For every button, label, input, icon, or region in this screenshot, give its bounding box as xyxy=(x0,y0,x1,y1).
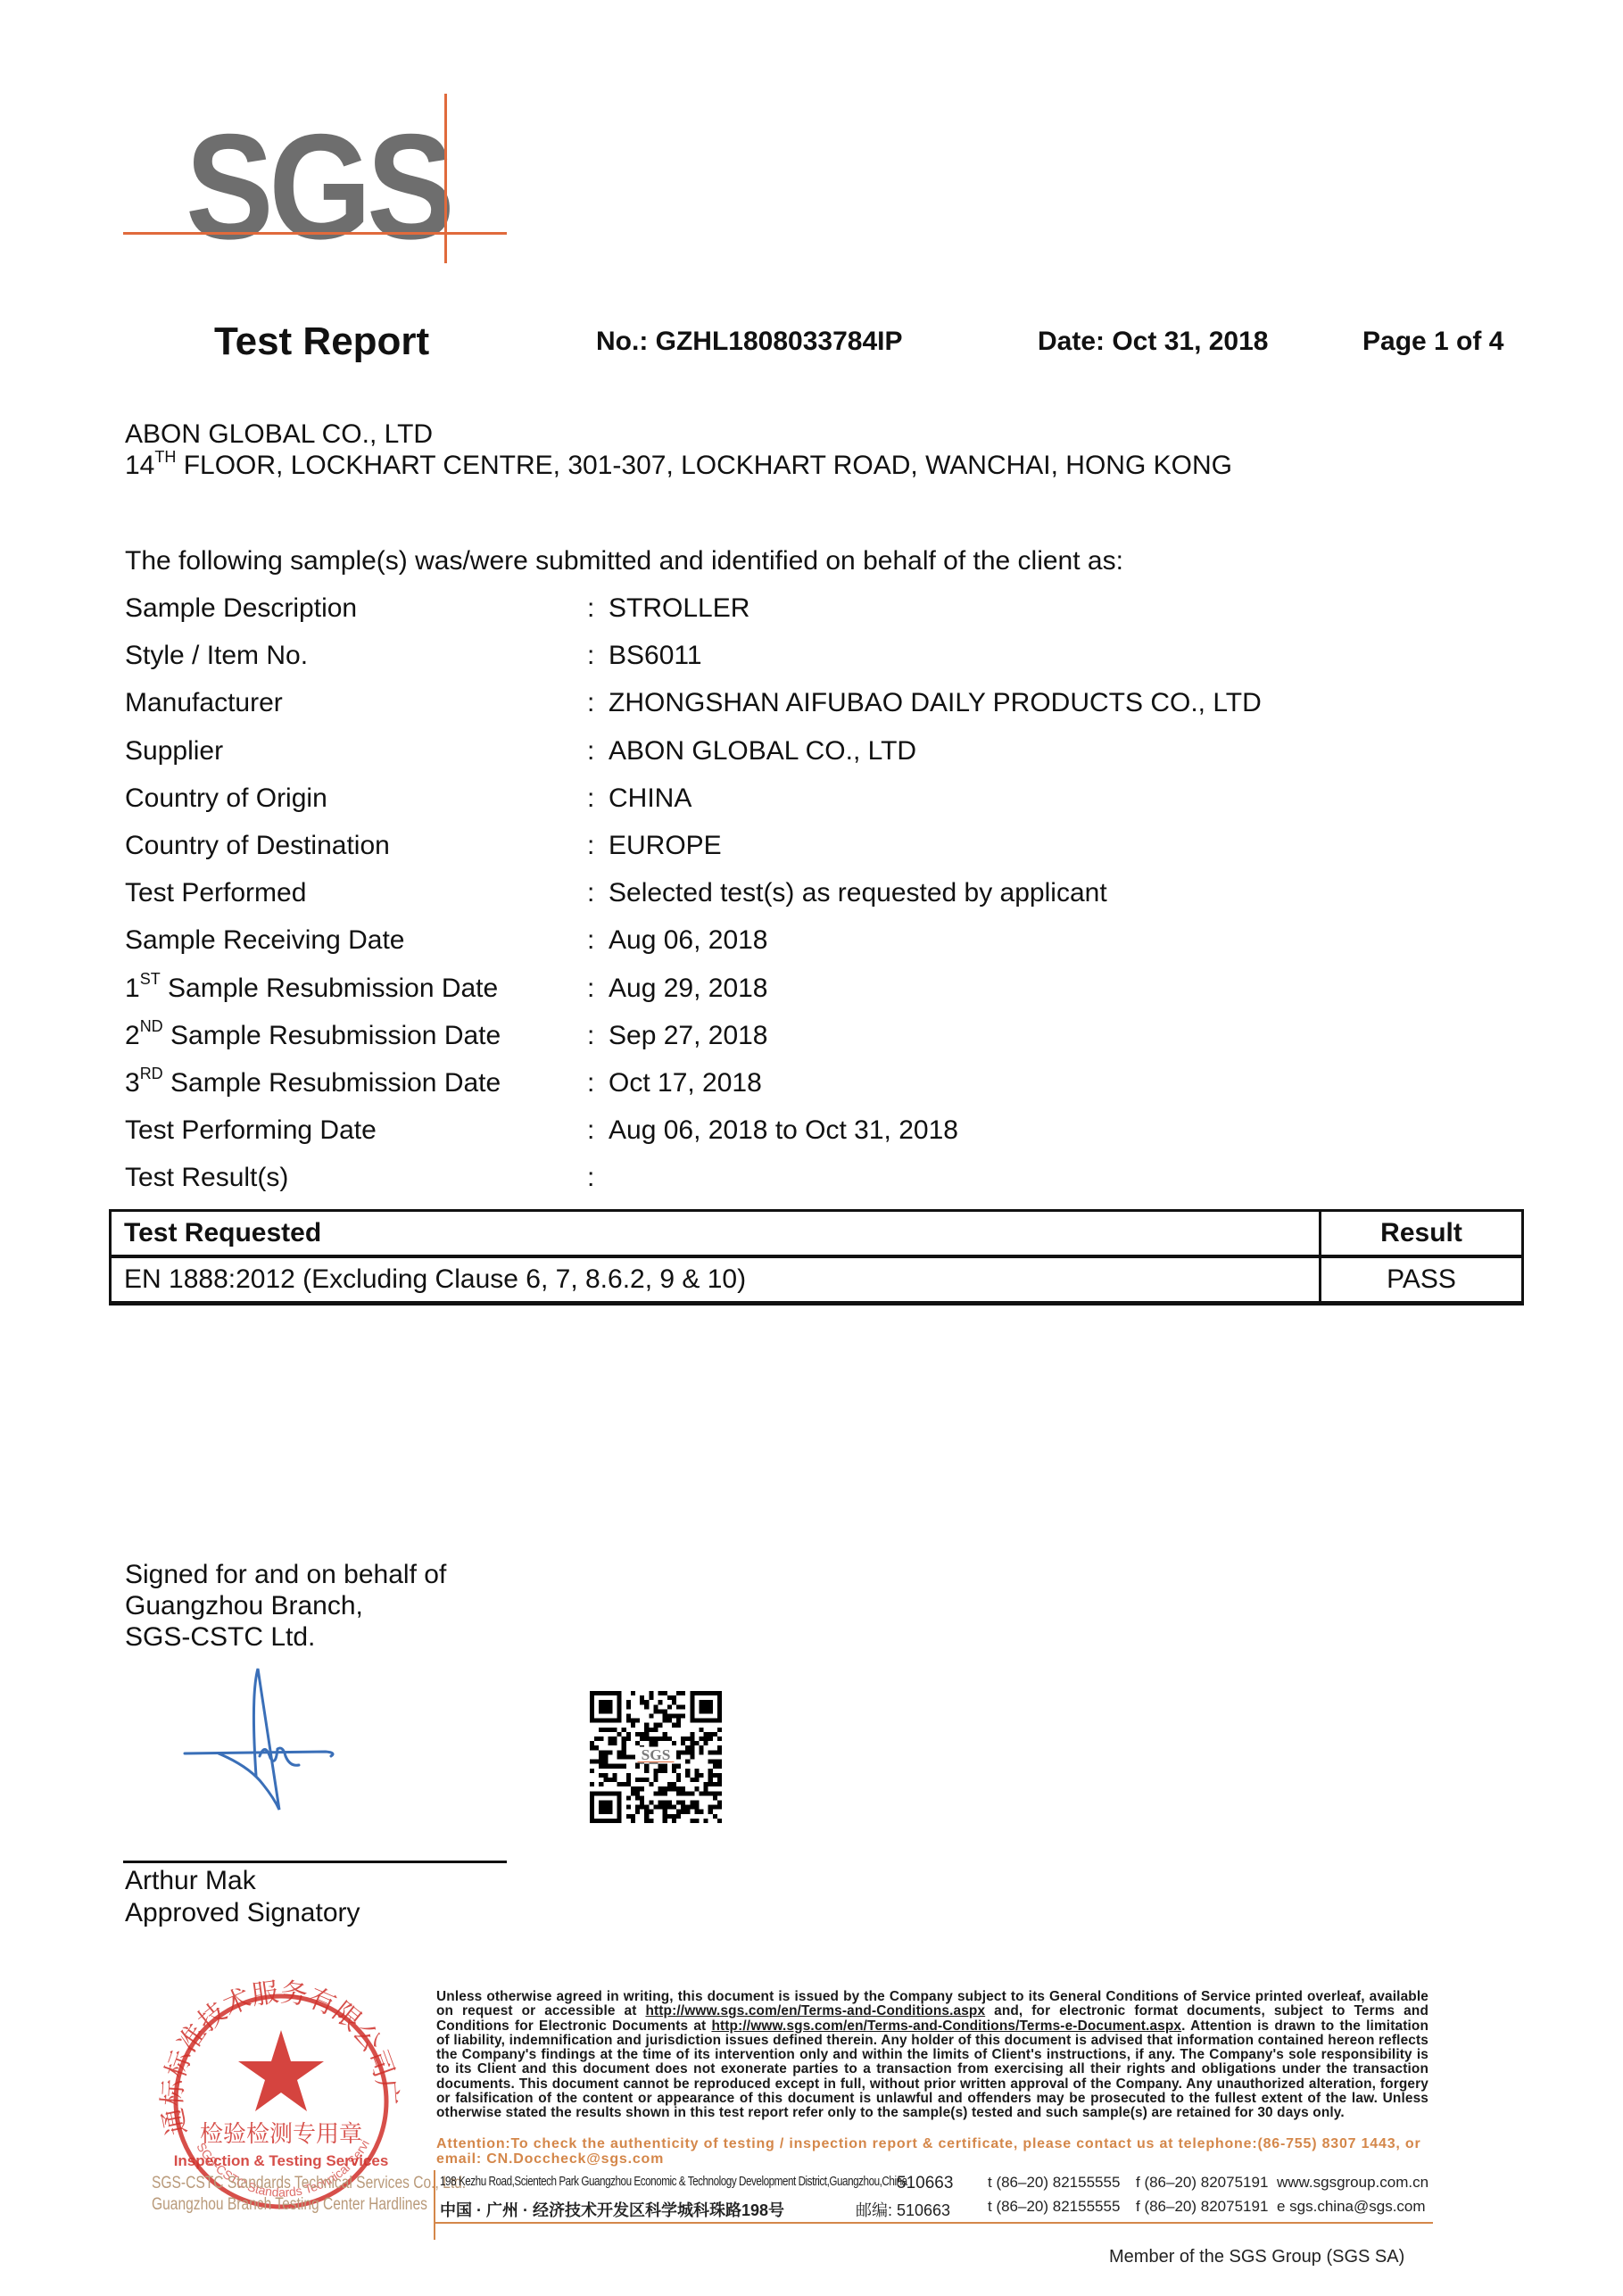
website: www.sgsgroup.com.cn xyxy=(1277,2174,1428,2192)
logo-text: SGS xyxy=(186,112,450,261)
postcode: 510663 xyxy=(897,2174,953,2193)
info-label: Supplier xyxy=(125,736,223,767)
fax-cn: f (86–20) 82075191 xyxy=(1136,2198,1268,2216)
telephone: t (86–20) 82155555 xyxy=(988,2174,1120,2192)
table-row: EN 1888:2012 (Excluding Clause 6, 7, 8.6… xyxy=(111,1256,1523,1304)
disclaimer-text-3: . Attention is drawn to the limitation o… xyxy=(436,2018,1428,2121)
sgs-logo: SGS xyxy=(123,85,516,263)
fax: f (86–20) 82075191 xyxy=(1136,2174,1268,2192)
info-label: Test Performing Date xyxy=(125,1115,377,1146)
signed-line-1: Signed for and on behalf of xyxy=(125,1559,446,1590)
info-label: Test Performed xyxy=(125,878,306,908)
info-colon: : xyxy=(587,925,594,956)
sample-info-row: 2ND Sample Resubmission Date:Sep 27, 201… xyxy=(125,1021,1463,1068)
info-label: Test Result(s) xyxy=(125,1163,288,1193)
handwritten-signature xyxy=(165,1660,397,1820)
info-value: Selected test(s) as requested by applica… xyxy=(609,878,1107,908)
signed-on-behalf: Signed for and on behalf of Guangzhou Br… xyxy=(125,1559,446,1653)
sample-info-row: Manufacturer:ZHONGSHAN AIFUBAO DAILY PRO… xyxy=(125,688,1463,735)
star-icon xyxy=(238,2030,324,2111)
sample-info-row: Country of Origin:CHINA xyxy=(125,783,1463,831)
info-colon: : xyxy=(587,1115,594,1146)
address-chinese: 中国 · 广州 · 经济技术开发区科学城科珠路198号 xyxy=(440,2198,784,2221)
info-label: Style / Item No. xyxy=(125,641,308,671)
header-test-requested: Test Requested xyxy=(111,1211,1321,1257)
authenticity-notice: Attention:To check the authenticity of t… xyxy=(436,2136,1428,2167)
floor-suffix: TH xyxy=(154,448,176,466)
info-colon: : xyxy=(587,688,594,718)
info-value: STROLLER xyxy=(609,593,749,624)
info-value: Sep 27, 2018 xyxy=(609,1021,768,1051)
result-cell: PASS xyxy=(1321,1256,1523,1304)
info-colon: : xyxy=(587,1163,594,1193)
info-label: 1ST Sample Resubmission Date xyxy=(125,974,498,1004)
info-value: Aug 06, 2018 xyxy=(609,925,768,956)
info-label: 2ND Sample Resubmission Date xyxy=(125,1021,501,1051)
info-value: Aug 06, 2018 to Oct 31, 2018 xyxy=(609,1115,958,1146)
info-label: Country of Destination xyxy=(125,831,390,861)
address-english: 198 Kezhu Road,Scientech Park Guangzhou … xyxy=(440,2174,907,2189)
info-label: Sample Receiving Date xyxy=(125,925,405,956)
terms-conditions-link[interactable]: http://www.sgs.com/en/Terms-and-Conditio… xyxy=(645,2003,985,2018)
info-colon: : xyxy=(587,1021,594,1051)
results-table: Test Requested Result EN 1888:2012 (Excl… xyxy=(109,1209,1524,1305)
signed-line-3: SGS-CSTC Ltd. xyxy=(125,1621,446,1653)
company-line-1: SGS-CSTC Standards Technical Services Co… xyxy=(152,2173,466,2194)
verification-qr-code[interactable]: SGS xyxy=(589,1691,723,1823)
postcode-cn: 邮编: 510663 xyxy=(856,2198,950,2221)
info-colon: : xyxy=(587,783,594,814)
logo-horizontal-rule xyxy=(123,232,507,235)
info-colon: : xyxy=(587,831,594,861)
info-colon: : xyxy=(587,736,594,767)
info-colon: : xyxy=(587,878,594,908)
sample-info-row: Country of Destination:EUROPE xyxy=(125,831,1463,878)
info-label: 3RD Sample Resubmission Date xyxy=(125,1068,501,1098)
page-indicator: Page 1 of 4 xyxy=(1362,327,1503,357)
sample-info-row: Test Performing Date:Aug 06, 2018 to Oct… xyxy=(125,1115,1463,1163)
signed-line-2: Guangzhou Branch, xyxy=(125,1590,446,1621)
info-colon: : xyxy=(587,641,594,671)
info-value: ABON GLOBAL CO., LTD xyxy=(609,736,916,767)
floor-number: 14 xyxy=(125,451,154,480)
signer-title: Approved Signatory xyxy=(125,1897,360,1929)
info-colon: : xyxy=(587,1068,594,1098)
footer-vertical-rule xyxy=(434,2170,435,2240)
report-number: No.: GZHL1808033784IP xyxy=(596,327,903,357)
info-value: CHINA xyxy=(609,783,691,814)
report-title: Test Report xyxy=(214,319,429,364)
intro-text: The following sample(s) was/were submitt… xyxy=(125,548,1123,575)
sample-info-row: Test Performed:Selected test(s) as reque… xyxy=(125,878,1463,925)
address-rest: FLOOR, LOCKHART CENTRE, 301-307, LOCKHAR… xyxy=(176,451,1232,480)
sample-info-row: 3RD Sample Resubmission Date:Oct 17, 201… xyxy=(125,1068,1463,1115)
sample-info-row: Style / Item No.:BS6011 xyxy=(125,641,1463,688)
info-label: Manufacturer xyxy=(125,688,283,718)
info-colon: : xyxy=(587,974,594,1004)
table-header-row: Test Requested Result xyxy=(111,1211,1523,1257)
svg-text:检验检测专用章: 检验检测专用章 xyxy=(200,2121,362,2148)
company-line-2: Guangzhou Branch Testing Center Hardline… xyxy=(152,2194,466,2216)
footer-horizontal-rule xyxy=(434,2222,1433,2224)
info-colon: : xyxy=(587,593,594,624)
header-result: Result xyxy=(1321,1211,1523,1257)
info-value: Aug 29, 2018 xyxy=(609,974,768,1004)
sample-info-row: Supplier:ABON GLOBAL CO., LTD xyxy=(125,736,1463,783)
signature-line xyxy=(123,1861,507,1863)
footer-company-name: SGS-CSTC Standards Technical Services Co… xyxy=(152,2173,466,2216)
legal-disclaimer: Unless otherwise agreed in writing, this… xyxy=(436,1990,1428,2121)
sample-info-row: Sample Receiving Date:Aug 06, 2018 xyxy=(125,925,1463,973)
info-label: Country of Origin xyxy=(125,783,327,814)
info-value: ZHONGSHAN AIFUBAO DAILY PRODUCTS CO., LT… xyxy=(609,688,1262,718)
sample-info-row: 1ST Sample Resubmission Date:Aug 29, 201… xyxy=(125,974,1463,1021)
signer-block: Arthur Mak Approved Signatory xyxy=(125,1865,360,1929)
logo-vertical-rule xyxy=(444,94,447,263)
telephone-cn: t (86–20) 82155555 xyxy=(988,2198,1120,2216)
info-value: Oct 17, 2018 xyxy=(609,1068,762,1098)
signer-name: Arthur Mak xyxy=(125,1865,360,1897)
member-of-sgs-group: Member of the SGS Group (SGS SA) xyxy=(1109,2247,1404,2267)
info-value: EUROPE xyxy=(609,831,722,861)
client-name: ABON GLOBAL CO., LTD xyxy=(125,421,433,448)
test-requested-cell: EN 1888:2012 (Excluding Clause 6, 7, 8.6… xyxy=(111,1256,1321,1304)
report-date: Date: Oct 31, 2018 xyxy=(1038,327,1268,357)
client-address: 14TH FLOOR, LOCKHART CENTRE, 301-307, LO… xyxy=(125,452,1232,479)
sample-info-row: Sample Description:STROLLER xyxy=(125,593,1463,641)
terms-e-document-link[interactable]: http://www.sgs.com/en/Terms-and-Conditio… xyxy=(711,2018,1181,2034)
email: e sgs.china@sgs.com xyxy=(1277,2198,1426,2216)
svg-text:SGS: SGS xyxy=(642,1746,671,1763)
info-label: Sample Description xyxy=(125,593,357,624)
info-value: BS6011 xyxy=(609,641,702,671)
sample-info-row: Test Result(s): xyxy=(125,1163,1463,1210)
